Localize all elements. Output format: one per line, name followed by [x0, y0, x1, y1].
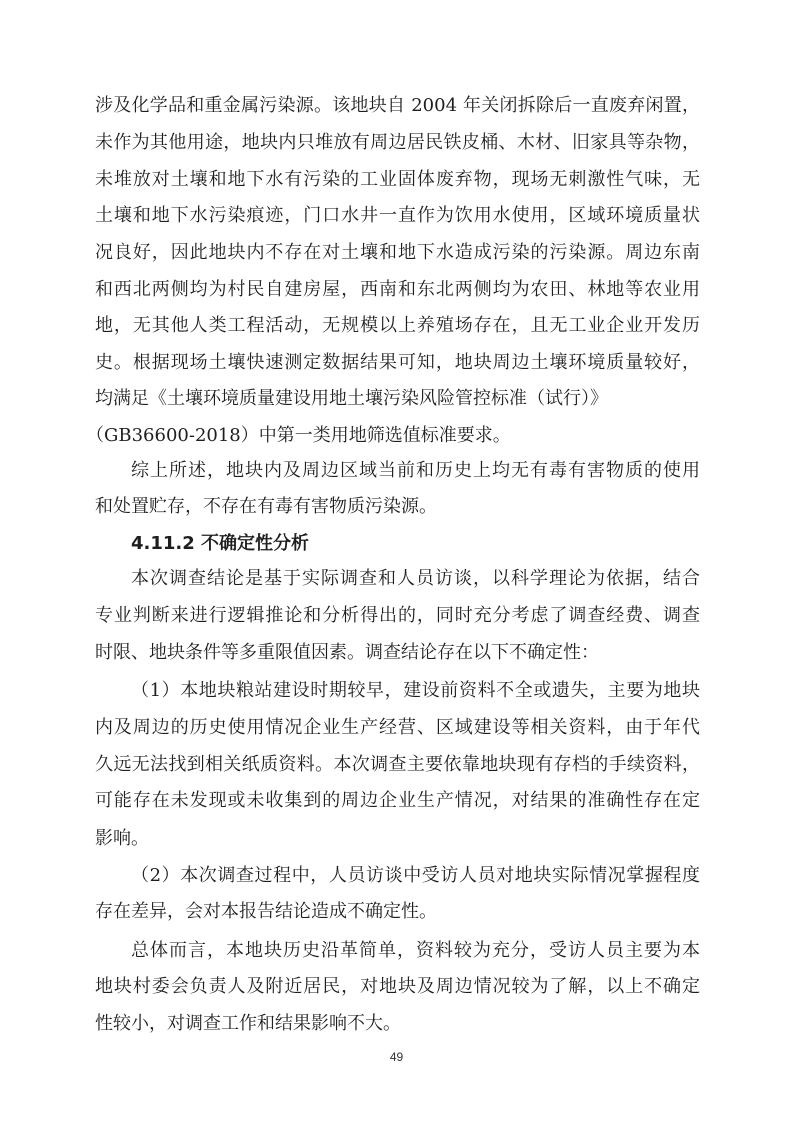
- text-line: 存在差异，会对本报告结论造成不确定性。: [95, 897, 700, 927]
- text-line: 况良好，因此地块内不存在对土壤和地下水造成污染的污染源。周边东南: [95, 238, 700, 268]
- page-number: 49: [0, 1050, 793, 1064]
- text-line: 和西北两侧均为村民自建房屋，西南和东北两侧均为农田、林地等农业用: [95, 275, 700, 305]
- text-line: 未作为其他用途，地块内只堆放有周边居民铁皮桶、木材、旧家具等杂物，: [95, 128, 700, 158]
- text-line: （2）本次调查过程中，人员访谈中受访人员对地块实际情况掌握程度: [131, 861, 700, 891]
- text-line: 时限、地块条件等多重限值因素。调查结论存在以下不确定性：: [95, 638, 700, 668]
- text-line: （1）本地块粮站建设时期较早，建设前资料不全或遗失，主要为地块: [131, 676, 700, 706]
- section-heading: 4.11.2 不确定性分析: [131, 529, 309, 559]
- text-line: 可能存在未发现或未收集到的周边企业生产情况，对结果的准确性存在定: [95, 786, 700, 816]
- text-line: 久远无法找到相关纸质资料。本次调查主要依靠地块现有存档的手续资料，: [95, 750, 700, 780]
- text-line: 史。根据现场土壤快速测定数据结果可知，地块周边土壤环境质量较好，: [95, 348, 700, 378]
- text-line: 土壤和地下水污染痕迹，门口水井一直作为饮用水使用，区域环境质量状: [95, 201, 700, 231]
- text-line: 性较小，对调查工作和结果影响不大。: [95, 1009, 700, 1039]
- text-line: 综上所述，地块内及周边区域当前和历史上均无有毒有害物质的使用: [131, 456, 700, 486]
- text-line: 地块村委会负责人及附近居民，对地块及周边情况较为了解，以上不确定: [95, 972, 700, 1002]
- text-line: 内及周边的历史使用情况企业生产经营、区域建设等相关资料，由于年代: [95, 713, 700, 743]
- text-line: （GB36600-2018）中第一类用地筛选值标准要求。: [86, 421, 691, 451]
- text-line: 涉及化学品和重金属污染源。该地块自 2004 年关闭拆除后一直废弃闲置，: [95, 91, 700, 121]
- text-line: 专业判断来进行逻辑推论和分析得出的，同时充分考虑了调查经费、调查: [95, 601, 700, 631]
- text-line: 地，无其他人类工程活动，无规模以上养殖场存在，且无工业企业开发历: [95, 311, 700, 341]
- document-page: 涉及化学品和重金属污染源。该地块自 2004 年关闭拆除后一直废弃闲置， 未作为…: [0, 0, 793, 1122]
- text-line: 和处置贮存，不存在有毒有害物质污染源。: [95, 492, 700, 522]
- text-line: 总体而言，本地块历史沿革简单，资料较为充分，受访人员主要为本: [131, 936, 700, 966]
- text-line: 均满足《土壤环境质量建设用地土壤污染风险管控标准（试行）》: [95, 384, 700, 414]
- text-line: 本次调查结论是基于实际调查和人员访谈，以科学理论为依据，结合: [131, 564, 700, 594]
- text-line: 未堆放对土壤和地下水有污染的工业固体废弃物，现场无刺激性气味，无: [95, 165, 700, 195]
- text-line: 影响。: [95, 824, 700, 854]
